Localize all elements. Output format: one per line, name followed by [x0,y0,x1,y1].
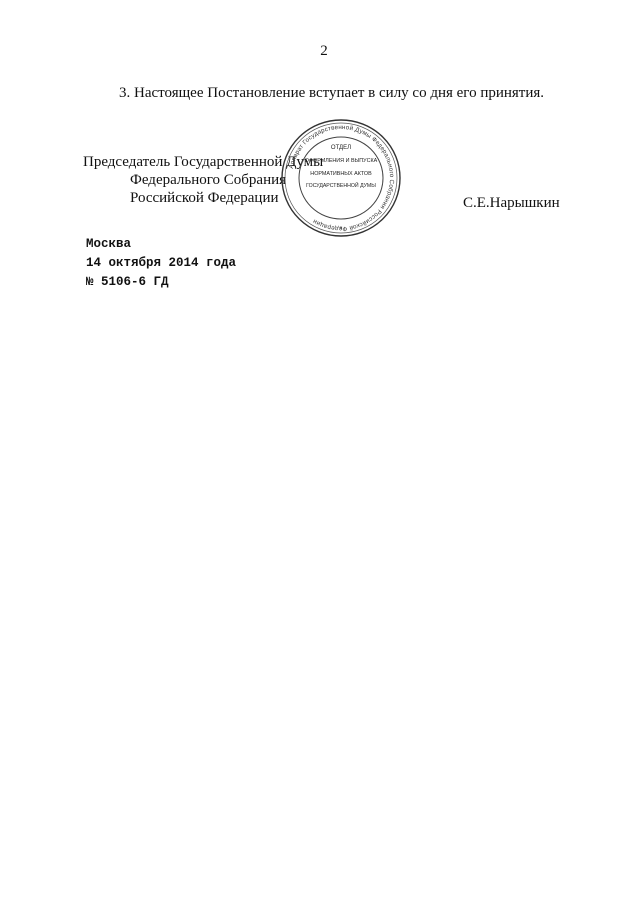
signature-title-line-3: Российской Федерации [83,189,323,207]
seal-inner-line-1: ОТДЕЛ [331,145,351,151]
signature-title-line-2: Федерального Собрания [83,171,323,189]
signature-title-block: Председатель Государственной Думы Федера… [83,153,323,207]
signature-title-line-1: Председатель Государственной Думы [83,153,323,171]
signatory-name: С.Е.Нарышкин [463,195,560,212]
date-label: 14 октября 2014 года [86,254,236,273]
city-label: Москва [86,235,236,254]
document-meta: Москва 14 октября 2014 года № 5106-6 ГД [86,235,236,292]
seal-star: * [340,226,343,233]
document-number: № 5106-6 ГД [86,273,236,292]
clause-3-text: 3. Настоящее Постановление вступает в си… [119,85,544,102]
page-number: 2 [0,43,640,60]
